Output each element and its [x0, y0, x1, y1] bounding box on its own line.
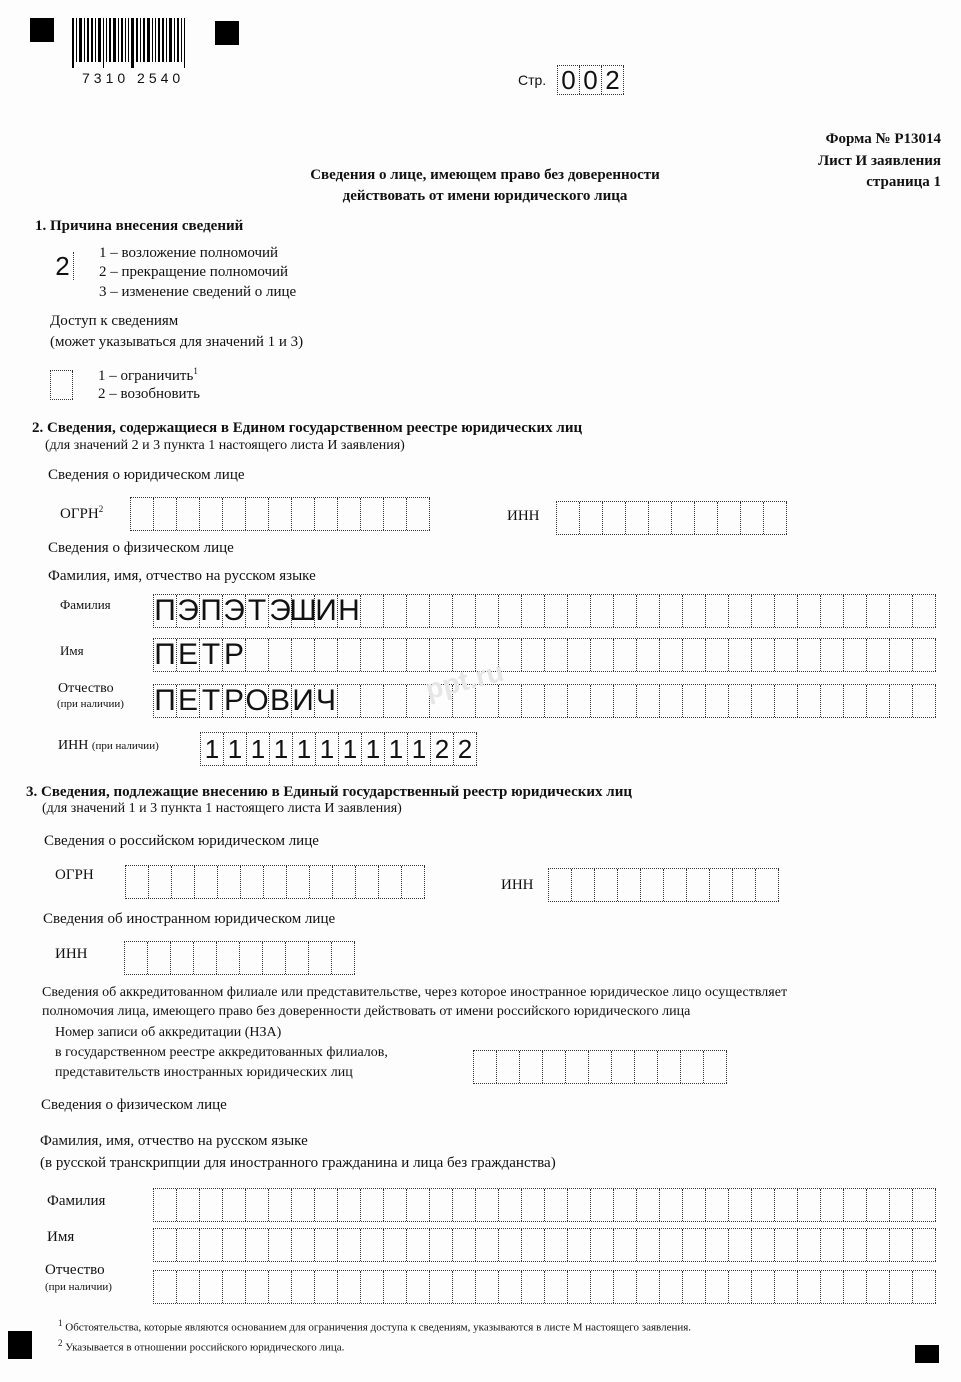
char-cell: [263, 942, 286, 974]
char-cell: [522, 1189, 545, 1221]
barcode-bar: [95, 18, 96, 62]
char-cell: [287, 866, 310, 898]
char-cell: Р: [223, 685, 246, 717]
barcode-bar: [103, 18, 104, 68]
char-cell: 1: [362, 733, 385, 765]
char-cell: [269, 1229, 292, 1261]
section3-patronymic-field[interactable]: [153, 1270, 936, 1304]
char-cell: [614, 1189, 637, 1221]
char-cell: [637, 595, 660, 627]
section2-person-inn-label: ИНН (при наличии): [58, 738, 159, 754]
registration-marker-bottom-left: [8, 1331, 32, 1359]
char-cell: [476, 1189, 499, 1221]
barcode-bar: [162, 18, 164, 62]
char-cell: [407, 498, 430, 530]
barcode-bar: [109, 18, 111, 62]
char-cell: 2: [602, 66, 624, 94]
char-cell: [499, 1271, 522, 1303]
char-cell: [361, 639, 384, 671]
char-cell: [292, 498, 315, 530]
char-cell: [752, 685, 775, 717]
char-cell: П: [154, 595, 177, 627]
char-cell: [453, 595, 476, 627]
char-cell: [172, 866, 195, 898]
reason-field[interactable]: 2: [52, 252, 74, 280]
char-cell: [522, 685, 545, 717]
char-cell: [752, 595, 775, 627]
char-cell: [361, 685, 384, 717]
char-cell: [384, 1189, 407, 1221]
char-cell: [361, 1229, 384, 1261]
char-cell: [338, 639, 361, 671]
char-cell: [729, 1271, 752, 1303]
char-cell: [595, 869, 618, 901]
char-cell: И: [315, 595, 338, 627]
barcode-bar: [131, 18, 134, 68]
char-cell: [890, 595, 913, 627]
barcode-bar: [91, 18, 93, 62]
char-cell: [913, 639, 936, 671]
char-cell: 0: [580, 66, 602, 94]
char-cell: [545, 595, 568, 627]
char-cell: [549, 869, 572, 901]
char-cell: [591, 595, 614, 627]
section3-foreign-title: Сведения об иностранном юридическом лице: [43, 911, 335, 928]
char-cell: [384, 498, 407, 530]
section3-person-title: Сведения о физическом лице: [41, 1097, 227, 1114]
barcode-bar: [140, 18, 141, 62]
char-cell: [566, 1051, 589, 1083]
section3-patronymic-note: (при наличии): [45, 1281, 112, 1293]
char-cell: [522, 595, 545, 627]
char-cell: [126, 866, 149, 898]
char-cell: [913, 595, 936, 627]
char-cell: [844, 1271, 867, 1303]
char-cell: 0: [558, 66, 580, 94]
char-cell: [729, 685, 752, 717]
access-option-1: 1 – ограничить1: [98, 366, 198, 385]
char-cell: [269, 1271, 292, 1303]
char-cell: [635, 1051, 658, 1083]
char-cell: [568, 1189, 591, 1221]
char-cell: [798, 1229, 821, 1261]
char-cell: [292, 1229, 315, 1261]
char-cell: [520, 1051, 543, 1083]
section2-patronymic-field[interactable]: ПЕТРОВИЧ: [153, 684, 936, 718]
char-cell: [706, 1271, 729, 1303]
barcode-bar: [84, 18, 85, 62]
char-cell: Э: [177, 595, 200, 627]
char-cell: [125, 942, 148, 974]
section2-surname-field[interactable]: ПЭПЭТЭШИН: [153, 594, 936, 628]
char-cell: [568, 639, 591, 671]
char-cell: [614, 1229, 637, 1261]
char-cell: 2: [52, 252, 74, 280]
char-cell: [246, 498, 269, 530]
barcode-bar: [79, 18, 82, 62]
char-cell: [664, 869, 687, 901]
char-cell: [545, 1189, 568, 1221]
char-cell: [913, 1189, 936, 1221]
section2-name-label: Имя: [60, 643, 84, 659]
char-cell: [171, 942, 194, 974]
section3-surname-field[interactable]: [153, 1188, 936, 1222]
char-cell: Т: [246, 595, 269, 627]
char-cell: [407, 1271, 430, 1303]
char-cell: [223, 498, 246, 530]
char-cell: [844, 1189, 867, 1221]
char-cell: [637, 1271, 660, 1303]
char-cell: [154, 1271, 177, 1303]
char-cell: [775, 1271, 798, 1303]
char-cell: [752, 1229, 775, 1261]
footnote-1: 1 Обстоятельства, которые являются основ…: [58, 1318, 691, 1334]
char-cell: П: [200, 595, 223, 627]
char-cell: Т: [200, 639, 223, 671]
section2-patronymic-note: (при наличии): [57, 698, 124, 710]
section2-inn-field[interactable]: [556, 501, 787, 535]
char-cell: [384, 595, 407, 627]
char-cell: [384, 1229, 407, 1261]
section2-note: (для значений 2 и 3 пункта 1 настоящего …: [45, 438, 405, 454]
char-cell: [361, 1189, 384, 1221]
char-cell: [474, 1051, 497, 1083]
char-cell: [821, 595, 844, 627]
reason-option-2: 2 – прекращение полномочий: [99, 264, 288, 281]
char-cell: [557, 502, 580, 534]
char-cell: [430, 639, 453, 671]
char-cell: [379, 866, 402, 898]
char-cell: [844, 595, 867, 627]
barcode-number: 7310 2540: [82, 70, 184, 86]
char-cell: [572, 869, 595, 901]
char-cell: [407, 1229, 430, 1261]
char-cell: [154, 1189, 177, 1221]
char-cell: [591, 1229, 614, 1261]
char-cell: Н: [338, 595, 361, 627]
section3-inn-label: ИНН: [501, 877, 534, 894]
nza-field[interactable]: [473, 1050, 727, 1084]
char-cell: [407, 639, 430, 671]
barcode-bar: [121, 18, 123, 62]
barcode-bar: [152, 18, 153, 62]
char-cell: [589, 1051, 612, 1083]
barcode-bar: [125, 18, 126, 62]
char-cell: [286, 942, 309, 974]
char-cell: [591, 1271, 614, 1303]
char-cell: [775, 1229, 798, 1261]
char-cell: [568, 595, 591, 627]
section3-note: (для значений 1 и 3 пункта 1 настоящего …: [42, 801, 402, 817]
char-cell: [704, 1051, 727, 1083]
char-cell: [614, 639, 637, 671]
char-cell: [821, 1189, 844, 1221]
char-cell: [269, 639, 292, 671]
char-cell: [672, 502, 695, 534]
char-cell: [752, 1189, 775, 1221]
char-cell: [591, 1189, 614, 1221]
char-cell: [246, 639, 269, 671]
char-cell: [149, 866, 172, 898]
char-cell: [264, 866, 287, 898]
char-cell: [154, 1229, 177, 1261]
char-cell: [890, 639, 913, 671]
char-cell: [200, 1189, 223, 1221]
section2-surname-label: Фамилия: [60, 597, 111, 613]
char-cell: [580, 502, 603, 534]
char-cell: [476, 1271, 499, 1303]
char-cell: [614, 1271, 637, 1303]
char-cell: [499, 639, 522, 671]
char-cell: [718, 502, 741, 534]
char-cell: [217, 942, 240, 974]
char-cell: [741, 502, 764, 534]
char-cell: [384, 1271, 407, 1303]
char-cell: [729, 1189, 752, 1221]
char-cell: [798, 1189, 821, 1221]
barcode-bar: [118, 18, 119, 62]
barcode-bar: [184, 18, 185, 68]
char-cell: [603, 502, 626, 534]
char-cell: [706, 639, 729, 671]
char-cell: [430, 1229, 453, 1261]
char-cell: [402, 866, 425, 898]
char-cell: И: [292, 685, 315, 717]
footnote-ref-2: 2: [99, 504, 104, 514]
char-cell: [729, 595, 752, 627]
char-cell: [310, 866, 333, 898]
section2-ogrn-field[interactable]: [130, 497, 430, 531]
char-cell: [338, 1189, 361, 1221]
person-inn-note: (при наличии): [92, 740, 159, 752]
person-inn-label-text: ИНН: [58, 738, 88, 753]
char-cell: [361, 595, 384, 627]
char-cell: [614, 595, 637, 627]
page-title-line1: Сведения о лице, имеющем право без довер…: [0, 167, 961, 184]
section2-legal-title: Сведения о юридическом лице: [48, 467, 245, 484]
char-cell: Т: [200, 685, 223, 717]
char-cell: [522, 1271, 545, 1303]
section3-fio-note: (в русской транскрипции для иностранного…: [40, 1155, 556, 1172]
char-cell: Е: [177, 685, 200, 717]
char-cell: [497, 1051, 520, 1083]
char-cell: 1: [201, 733, 224, 765]
char-cell: [775, 595, 798, 627]
char-cell: [683, 1271, 706, 1303]
section3-patronymic-label: Отчество: [45, 1262, 105, 1279]
char-cell: [637, 685, 660, 717]
section3-ogrn-label: ОГРН: [55, 867, 94, 884]
page-number-field[interactable]: 002: [557, 65, 624, 95]
footnote-2-num: 2: [58, 1338, 63, 1348]
char-cell: [356, 866, 379, 898]
char-cell: [821, 1229, 844, 1261]
char-cell: [660, 1189, 683, 1221]
barcode-bar: [166, 18, 167, 62]
char-cell: [240, 942, 263, 974]
char-cell: [660, 1229, 683, 1261]
section3-ogrn-field[interactable]: [125, 865, 425, 899]
char-cell: [775, 639, 798, 671]
barcode-bar: [155, 18, 156, 62]
char-cell: [332, 942, 355, 974]
char-cell: 2: [431, 733, 454, 765]
barcode-bar: [169, 18, 172, 62]
char-cell: [545, 685, 568, 717]
barcode-bar: [76, 18, 77, 62]
char-cell: [338, 685, 361, 717]
section3-inn-field[interactable]: [548, 868, 779, 902]
char-cell: [309, 942, 332, 974]
char-cell: 1: [339, 733, 362, 765]
access-field[interactable]: [50, 370, 73, 400]
char-cell: [315, 1271, 338, 1303]
section3-surname-label: Фамилия: [47, 1193, 105, 1210]
char-cell: [292, 1271, 315, 1303]
char-cell: [499, 1229, 522, 1261]
section3-title: 3. Сведения, подлежащие внесению в Едины…: [26, 784, 632, 801]
char-cell: [177, 1271, 200, 1303]
char-cell: [637, 1229, 660, 1261]
page-title-line2: действовать от имени юридического лица: [0, 188, 961, 205]
char-cell: [913, 1271, 936, 1303]
char-cell: [729, 639, 752, 671]
char-cell: [591, 685, 614, 717]
char-cell: [315, 498, 338, 530]
section3-name-field[interactable]: [153, 1228, 936, 1262]
char-cell: [683, 639, 706, 671]
access-option-1-label: 1 – ограничить: [98, 368, 193, 384]
barcode-bar: [87, 18, 89, 62]
char-cell: 1: [408, 733, 431, 765]
char-cell: [269, 498, 292, 530]
char-cell: [867, 1271, 890, 1303]
char-cell: 1: [385, 733, 408, 765]
nza-line2: в государственном реестре аккредитованны…: [55, 1045, 388, 1061]
char-cell: [660, 685, 683, 717]
char-cell: [641, 869, 664, 901]
char-cell: [177, 1189, 200, 1221]
char-cell: [315, 639, 338, 671]
ogrn-label-text: ОГРН: [60, 506, 99, 522]
char-cell: [269, 1189, 292, 1221]
char-cell: [200, 1229, 223, 1261]
char-cell: Р: [223, 639, 246, 671]
char-cell: [545, 1229, 568, 1261]
char-cell: [706, 595, 729, 627]
char-cell: [867, 1189, 890, 1221]
char-cell: [890, 1189, 913, 1221]
char-cell: [333, 866, 356, 898]
barcode-bar: [113, 18, 116, 62]
char-cell: [821, 685, 844, 717]
section2-person-inn-field[interactable]: 111111111122: [200, 732, 477, 766]
char-cell: [407, 1189, 430, 1221]
char-cell: Ш: [292, 595, 315, 627]
char-cell: [591, 639, 614, 671]
char-cell: [867, 685, 890, 717]
char-cell: [752, 1271, 775, 1303]
char-cell: 1: [224, 733, 247, 765]
char-cell: [710, 869, 733, 901]
char-cell: [614, 685, 637, 717]
section3-branch-line2: полномочия лица, имеющего право без дове…: [42, 1004, 690, 1020]
char-cell: П: [154, 685, 177, 717]
char-cell: [148, 942, 171, 974]
char-cell: [407, 595, 430, 627]
char-cell: [292, 1189, 315, 1221]
char-cell: Э: [223, 595, 246, 627]
char-cell: 1: [247, 733, 270, 765]
footnote-ref-1: 1: [193, 366, 198, 376]
registration-marker-bottom-right: [915, 1345, 939, 1363]
access-note: (может указываться для значений 1 и 3): [50, 334, 303, 351]
page-label: Стр.: [518, 72, 546, 88]
section3-foreign-inn-field[interactable]: [124, 941, 355, 975]
char-cell: [499, 1189, 522, 1221]
char-cell: В: [269, 685, 292, 717]
section2-name-field[interactable]: ПЕТР: [153, 638, 936, 672]
char-cell: [476, 595, 499, 627]
section1-title: 1. Причина внесения сведений: [35, 218, 243, 235]
footnote-1-num: 1: [58, 1318, 63, 1328]
char-cell: [499, 595, 522, 627]
char-cell: [200, 498, 223, 530]
char-cell: [683, 1189, 706, 1221]
char-cell: [177, 498, 200, 530]
char-cell: [683, 1229, 706, 1261]
reason-option-3: 3 – изменение сведений о лице: [99, 284, 296, 301]
char-cell: [338, 1229, 361, 1261]
char-cell: [545, 1271, 568, 1303]
char-cell: [660, 1271, 683, 1303]
barcode-bar: [147, 18, 150, 62]
char-cell: [798, 685, 821, 717]
char-cell: [775, 1189, 798, 1221]
footnote-2: 2 Указывается в отношении российского юр…: [58, 1338, 344, 1354]
section3-foreign-inn-label: ИНН: [55, 946, 88, 963]
char-cell: 1: [270, 733, 293, 765]
char-cell: [223, 1189, 246, 1221]
char-cell: [453, 1271, 476, 1303]
barcode-bar: [128, 18, 129, 62]
char-cell: [338, 1271, 361, 1303]
char-cell: [660, 639, 683, 671]
char-cell: [695, 502, 718, 534]
char-cell: [430, 1271, 453, 1303]
barcode-bar: [136, 18, 138, 62]
section2-inn-label: ИНН: [507, 508, 540, 525]
char-cell: [775, 685, 798, 717]
char-cell: [798, 1271, 821, 1303]
access-option-2: 2 – возобновить: [98, 386, 200, 403]
char-cell: [246, 1189, 269, 1221]
char-cell: [315, 1189, 338, 1221]
char-cell: [154, 498, 177, 530]
char-cell: [568, 1271, 591, 1303]
char-cell: [568, 1229, 591, 1261]
char-cell: [223, 1271, 246, 1303]
char-cell: [545, 639, 568, 671]
section3-branch-line1: Сведения об аккредитованном филиале или …: [42, 985, 787, 1001]
char-cell: [246, 1229, 269, 1261]
barcode-bar: [177, 18, 179, 62]
char-cell: Е: [177, 639, 200, 671]
char-cell: [687, 869, 710, 901]
char-cell: [660, 595, 683, 627]
char-cell: [361, 498, 384, 530]
char-cell: [195, 866, 218, 898]
